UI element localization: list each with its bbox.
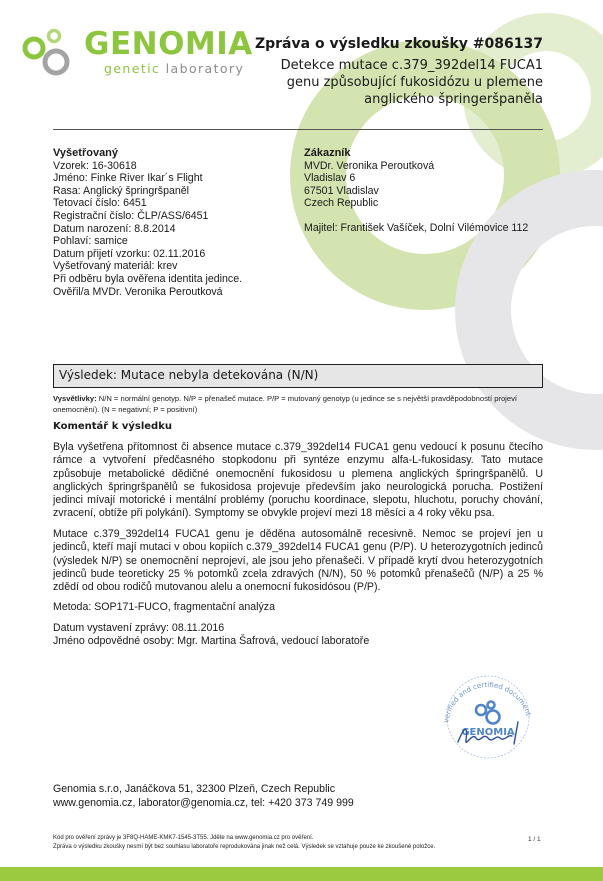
patient-section: Vyšetřovaný Vzorek: 16-30618 Jméno: Fink…	[53, 147, 293, 298]
patient-name: Jméno: Finke River Ikar´s Flight	[53, 172, 293, 185]
header-divider	[53, 129, 543, 130]
patient-birth-date: Datum narození: 8.8.2014	[53, 223, 293, 236]
report-subtitle: Detekce mutace c.379_392del14 FUCA1 genu…	[223, 57, 543, 108]
comment-heading: Komentář k výsledku	[53, 421, 172, 432]
company-info: Genomia s.r.o, Janáčkova 51, 32300 Plzeň…	[53, 783, 354, 810]
disclaimer-line: Zpráva o výsledku zkoušky nesmí být bez …	[53, 843, 435, 852]
patient-received-date: Datum přijetí vzorku: 02.11.2016	[53, 248, 293, 261]
customer-street: Vladislav 6	[304, 172, 584, 185]
customer-section: Zákazník MVDr. Veronika Peroutková Vladi…	[304, 147, 584, 235]
patient-breed: Rasa: Anglický špringršpaněl	[53, 185, 293, 198]
patient-material: Vyšetřovaný materiál: krev	[53, 260, 293, 273]
company-contact: www.genomia.cz, laborator@genomia.cz, te…	[53, 797, 354, 811]
patient-sample: Vzorek: 16-30618	[53, 160, 293, 173]
stamp-brand: GENOMIA	[461, 727, 515, 738]
result-box: Výsledek: Mutace nebyla detekována (N/N)	[53, 364, 543, 388]
certification-stamp: verified and certified document GENOMIA	[428, 672, 548, 762]
footer-fine-print: Kód pro ověření zprávy je 3F8Q-HAME-KMK7…	[53, 834, 435, 852]
customer-heading: Zákazník	[304, 147, 584, 160]
patient-verified-by: Ověřil/a MVDr. Veronika Peroutková	[53, 286, 293, 299]
verification-code-line: Kód pro ověření zprávy je 3F8Q-HAME-KMK7…	[53, 834, 435, 843]
genomia-circles-icon	[22, 28, 82, 84]
customer-name: MVDr. Veronika Peroutková	[304, 160, 584, 173]
customer-country: Czech Republic	[304, 197, 584, 210]
patient-heading: Vyšetřovaný	[53, 147, 293, 160]
issued-section: Datum vystavení zprávy: 08.11.2016 Jméno…	[53, 622, 369, 648]
issue-date: Datum vystavení zprávy: 08.11.2016	[53, 622, 369, 635]
customer-city: 67501 Vladislav	[304, 185, 584, 198]
patient-sex: Pohlaví: samice	[53, 235, 293, 248]
genomia-logo-icon	[476, 702, 500, 724]
footer-green-bar	[0, 867, 603, 881]
comment-paragraph-1: Byla vyšetřena přítomnost či absence mut…	[53, 441, 543, 521]
report-title: Zpráva o výsledku zkoušky #086137	[223, 36, 543, 52]
patient-registration: Registrační číslo: ČLP/ASS/6451	[53, 210, 293, 223]
comment-paragraph-2: Mutace c.379_392del14 FUCA1 genu je dědě…	[53, 528, 543, 594]
report-header: Zpráva o výsledku zkoušky #086137 Detekc…	[223, 36, 543, 108]
patient-tattoo: Tetovací číslo: 6451	[53, 197, 293, 210]
company-address: Genomia s.r.o, Janáčkova 51, 32300 Plzeň…	[53, 783, 354, 797]
result-legend: Vysvětlivky: N/N = normální genotyp. N/P…	[53, 393, 553, 415]
responsible-person: Jméno odpovědné osoby: Mgr. Martina Šafr…	[53, 635, 369, 648]
method-line: Metoda: SOP171-FUCO, fragmentační analýz…	[53, 601, 275, 613]
patient-identity-note: Při odběru byla ověřena identita jedince…	[53, 273, 293, 286]
owner-info: Majitel: František Vašíček, Dolní Vilémo…	[304, 222, 584, 235]
page-number: 1 / 1	[528, 836, 541, 843]
